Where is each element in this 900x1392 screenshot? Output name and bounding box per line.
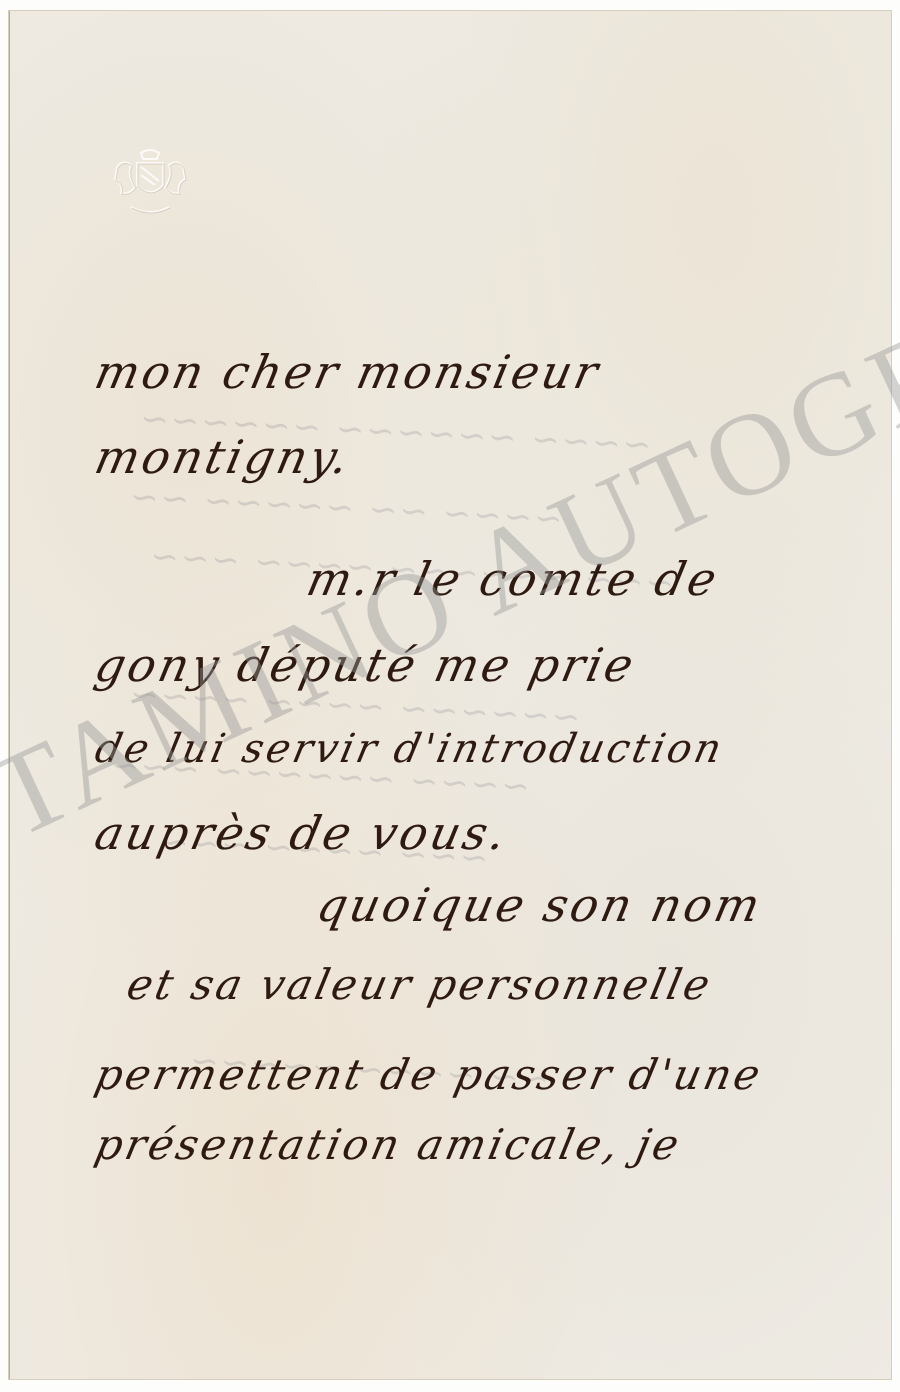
letter-paper: ~~~~ ~~~~~~ ~~~~~~ ~~~~ ~~ ~~~~~ ~~ ~~~ … (8, 10, 892, 1380)
letter-line: permettent de passer d'une (91, 1050, 768, 1099)
letter-line: montigny. (90, 430, 356, 484)
letter-line: et sa valeur personnelle (123, 960, 717, 1009)
letter-line: auprès de vous. (90, 806, 513, 860)
letter-line: présentation amicale, je (91, 1120, 686, 1169)
letter-line: quoique son nom (312, 878, 767, 932)
embossed-crest-icon (103, 145, 198, 225)
letter-line: mon cher monsieur (90, 345, 605, 399)
